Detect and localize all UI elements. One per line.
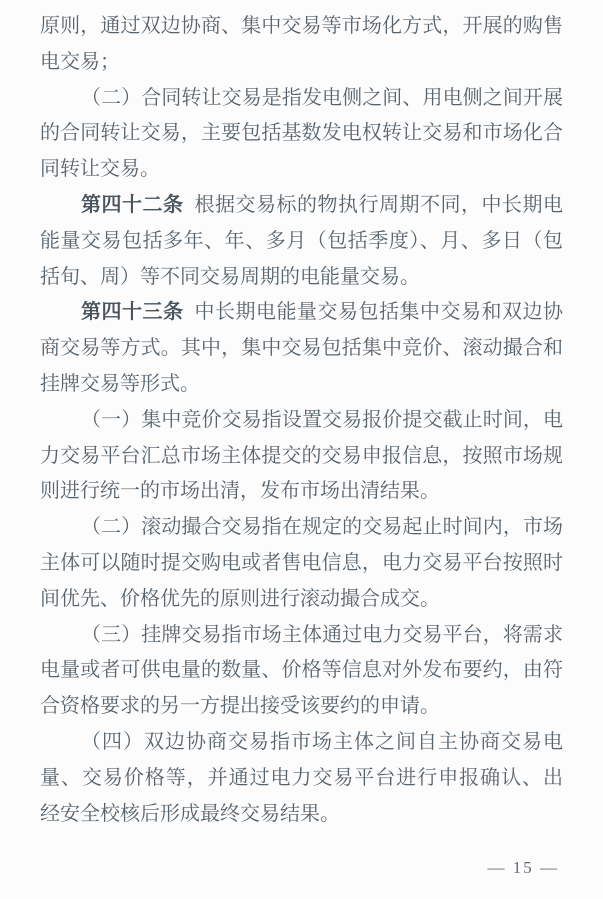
article-43-heading: 第四十三条 [81, 301, 184, 323]
text-line: 主体可以随时提交购电或者售电信息，电力交易平台按照时 [40, 546, 563, 582]
text-line: 括旬、周）等不同交易周期的电能量交易。 [40, 260, 563, 296]
text-line: （三）挂牌交易指市场主体通过电力交易平台，将需求 [40, 618, 563, 654]
text-line: （一）集中竞价交易指设置交易报价提交截止时间，电 [40, 403, 563, 439]
text-line: 同转让交易。 [40, 152, 563, 188]
text-line: 则进行统一的市场出清，发布市场出清结果。 [40, 474, 563, 510]
text-line: （四）双边协商交易指市场主体之间自主协商交易电 [40, 725, 563, 761]
document-page: 原则，通过双边协商、集中交易等市场化方式，开展的购售 电交易； （二）合同转让交… [0, 0, 603, 899]
text-block: 原则，通过双边协商、集中交易等市场化方式，开展的购售 电交易； （二）合同转让交… [40, 9, 563, 832]
text-line-article-43: 第四十三条中长期电能量交易包括集中交易和双边协 [40, 295, 563, 331]
page-number: — 15 — [488, 858, 560, 878]
text-line: 电量或者可供电量的数量、价格等信息对外发布要约，由符 [40, 653, 563, 689]
article-42-heading: 第四十二条 [81, 194, 184, 216]
text-line: 的合同转让交易，主要包括基数发电权转让交易和市场化合 [40, 116, 563, 152]
text-line: 挂牌交易等形式。 [40, 367, 563, 403]
text-line: （二）滚动撮合交易指在规定的交易起止时间内，市场 [40, 510, 563, 546]
text-line: 电交易； [40, 45, 563, 81]
text-line: 合资格要求的另一方提出接受该要约的申请。 [40, 689, 563, 725]
text-segment: 中长期电能量交易包括集中交易和双边协 [195, 301, 564, 323]
text-line: 经安全校核后形成最终交易结果。 [40, 797, 563, 833]
text-line: （二）合同转让交易是指发电侧之间、用电侧之间开展 [40, 81, 563, 117]
text-line: 商交易等方式。其中，集中交易包括集中竞价、滚动撮合和 [40, 331, 563, 367]
text-line: 量、交易价格等，并通过电力交易平台进行申报确认、出清， [40, 761, 563, 797]
text-line: 间优先、价格优先的原则进行滚动撮合成交。 [40, 582, 563, 618]
text-line: 能量交易包括多年、年、多月（包括季度）、月、多日（包 [40, 224, 563, 260]
text-segment: 根据交易标的物执行周期不同，中长期电 [195, 194, 564, 216]
text-line-article-42: 第四十二条根据交易标的物执行周期不同，中长期电 [40, 188, 563, 224]
text-line: 原则，通过双边协商、集中交易等市场化方式，开展的购售 [40, 9, 563, 45]
text-line: 力交易平台汇总市场主体提交的交易申报信息，按照市场规 [40, 439, 563, 475]
